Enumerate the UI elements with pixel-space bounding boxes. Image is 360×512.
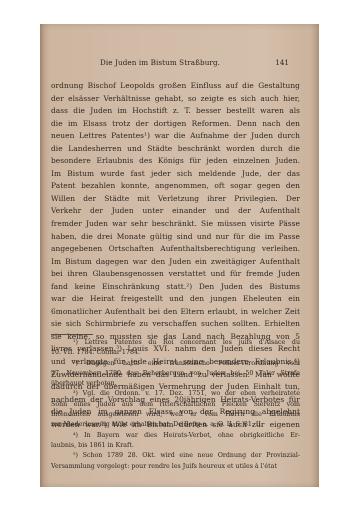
body-line: sie sich Schirmbriefe zu verschaffen suc…	[51, 318, 300, 331]
footnote-line: laubnis, bis 1861 in Kraft.	[51, 441, 300, 451]
body-line: haben, die drei Monate gültig sind und n…	[51, 231, 300, 244]
footnote-line: zur Niederlassung nicht erhalten hat. De…	[51, 420, 300, 430]
body-line: Im Bistum wurde fast jeder sich meldende…	[51, 168, 300, 181]
body-line: dass die Juden im Hochstift z. T. besser…	[51, 105, 300, 118]
footnote-line: ⁵) Schon 1789 28. Okt. wird eine neue Or…	[51, 451, 300, 461]
footnote-line: 27. November 1780 das Beherbergen von Ju…	[51, 369, 300, 379]
footnote-line: Versammlung vorgelegt: pour rendre les J…	[51, 462, 300, 472]
body-line: fand keine Einschränkung statt.²) Den Ju…	[51, 281, 300, 294]
footnote-line: 10. VII. 1784. Colmar 1784.	[51, 348, 300, 358]
footnote-line: ⁴) In Bayern war dies Heirats-Verbot, oh…	[51, 431, 300, 441]
page-number: 141	[275, 58, 289, 67]
body-line: Verkehr der Juden unter einander und der…	[51, 205, 300, 218]
body-line: fremder Juden war sehr beschränkt. Sie m…	[51, 218, 300, 231]
book-page: Die Juden im Bistum Straßburg. 141 ordnu…	[40, 24, 319, 487]
body-line: angegebenen Ortschaften Aufenthaltsberec…	[51, 243, 300, 256]
running-head-title: Die Juden im Bistum Straßburg.	[100, 58, 220, 67]
body-line: besondere Erlaubnis des Königs für jeden…	[51, 155, 300, 168]
footnotes: ¹) Lettres Patentes du Roi concernant le…	[51, 338, 300, 472]
body-line: die Landesherren und Städte beschränkt w…	[51, 143, 300, 156]
body-line: Im Bistum dagegen war den Juden ein zwei…	[51, 256, 300, 269]
footnote-separator	[51, 334, 93, 335]
footnote-line: Intendanten ausgewiesen wird, weil er vo…	[51, 410, 300, 420]
body-line: die im Elsass trotz der dortigen Reforme…	[51, 118, 300, 131]
body-line: 6monatlicher Aufenthalt bei den Eltern e…	[51, 306, 300, 319]
body-line: war die Heirat freigestellt und den jung…	[51, 293, 300, 306]
footnote-line: überhaupt verboten.	[51, 379, 300, 389]
body-line: ordnung Bischof Leopolds großen Einfluss…	[51, 80, 300, 93]
body-line: Patent bezahlen konnte, angenommen, oft …	[51, 180, 300, 193]
footnote-line: ³) Vgl. die Ordonn. v. 17. Dez. 1751, wo…	[51, 389, 300, 399]
footnote-line: ¹) Lettres Patentes du Roi concernant le…	[51, 338, 300, 348]
body-line: Willen der Städte mit Verletzung ihrer P…	[51, 193, 300, 206]
body-line: der elsässer Verhältnisse gehabt, so zei…	[51, 93, 300, 106]
body-line: bei ihren Glaubensgenossen verstattet un…	[51, 268, 300, 281]
body-line: neuen Lettres Patentes¹) war die Aufnahm…	[51, 130, 300, 143]
footnote-line: Sohn eines Juden aus dem ritterschaftlic…	[51, 400, 300, 410]
running-head: Die Juden im Bistum Straßburg. 141	[40, 58, 319, 70]
footnote-line: ²) Dagegen hatte eine französische Poliz…	[51, 359, 300, 369]
